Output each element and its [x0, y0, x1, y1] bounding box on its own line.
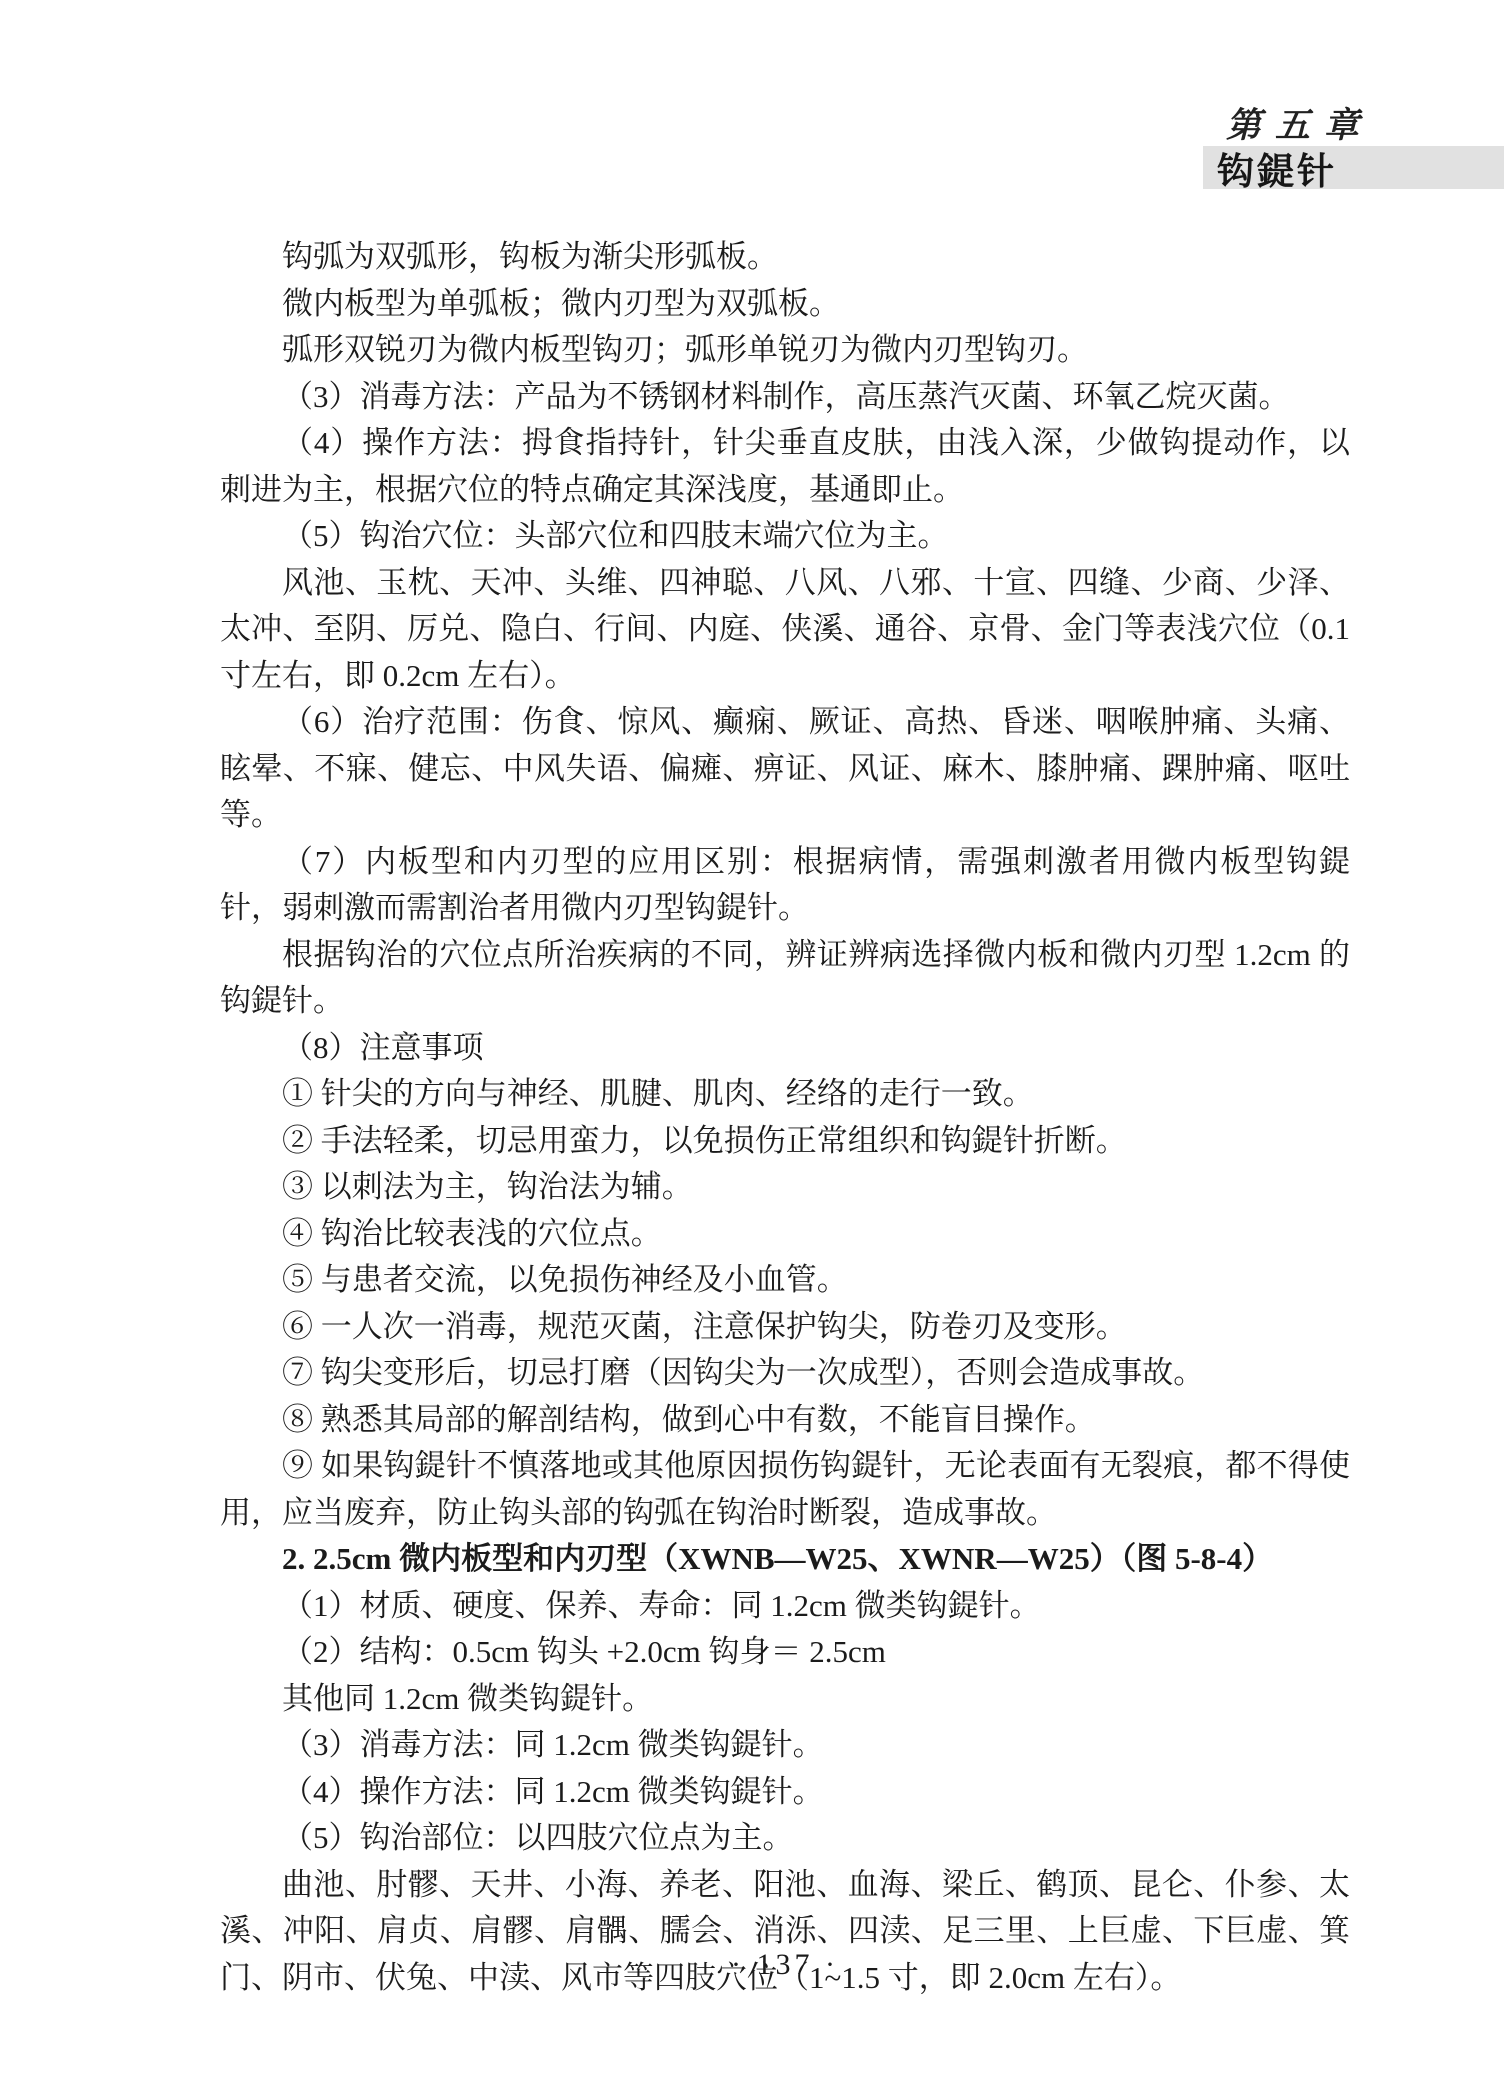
note-item: ⑤ 与患者交流，以免损伤神经及小血管。	[220, 1257, 1350, 1304]
page-body: 钩弧为双弧形，钩板为渐尖形弧板。 微内板型为单弧板；微内刃型为双弧板。 弧形双锐…	[220, 234, 1350, 2001]
paragraph: （1）材质、硬度、保养、寿命：同 1.2cm 微类钩鍉针。	[220, 1583, 1350, 1630]
paragraph: （3）消毒方法：产品为不锈钢材料制作，高压蒸汽灭菌、环氧乙烷灭菌。	[220, 374, 1350, 421]
paragraph: 钩弧为双弧形，钩板为渐尖形弧板。	[220, 234, 1350, 281]
note-item: ⑥ 一人次一消毒，规范灭菌，注意保护钩尖，防卷刃及变形。	[220, 1304, 1350, 1351]
paragraph: 其他同 1.2cm 微类钩鍉针。	[220, 1676, 1350, 1723]
paragraph: 风池、玉枕、天冲、头维、四神聪、八风、八邪、十宣、四缝、少商、少泽、太冲、至阴、…	[220, 560, 1350, 700]
book-page: 第五章 钩鍉针 钩弧为双弧形，钩板为渐尖形弧板。 微内板型为单弧板；微内刃型为双…	[0, 0, 1504, 2094]
page-number: · 137 ·	[220, 1948, 1350, 1982]
paragraph: （5）钩治穴位：头部穴位和四肢末端穴位为主。	[220, 513, 1350, 560]
paragraph: （2）结构：0.5cm 钩头 +2.0cm 钩身＝ 2.5cm	[220, 1629, 1350, 1676]
note-item: ⑨ 如果钩鍉针不慎落地或其他原因损伤钩鍉针，无论表面有无裂痕，都不得使用，应当废…	[220, 1443, 1350, 1536]
paragraph: （4）操作方法：同 1.2cm 微类钩鍉针。	[220, 1769, 1350, 1816]
paragraph: （4）操作方法：拇食指持针，针尖垂直皮肤，由浅入深，少做钩提动作，以刺进为主，根…	[220, 420, 1350, 513]
paragraph: （3）消毒方法：同 1.2cm 微类钩鍉针。	[220, 1722, 1350, 1769]
note-item: ① 针尖的方向与神经、肌腱、肌肉、经络的走行一致。	[220, 1071, 1350, 1118]
chapter-title: 钩鍉针	[1203, 141, 1337, 195]
paragraph: （8）注意事项	[220, 1025, 1350, 1072]
paragraph: （5）钩治部位：以四肢穴位点为主。	[220, 1815, 1350, 1862]
note-item: ② 手法轻柔，切忌用蛮力，以免损伤正常组织和钩鍉针折断。	[220, 1118, 1350, 1165]
paragraph: （7）内板型和内刃型的应用区别：根据病情，需强刺激者用微内板型钩鍉针，弱刺激而需…	[220, 839, 1350, 932]
note-item: ④ 钩治比较表浅的穴位点。	[220, 1211, 1350, 1258]
note-item: ⑧ 熟悉其局部的解剖结构，做到心中有数，不能盲目操作。	[220, 1397, 1350, 1444]
section-heading: 2. 2.5cm 微内板型和内刃型（XWNB—W25、XWNR—W25）（图 5…	[220, 1536, 1350, 1583]
paragraph: 弧形双锐刃为微内板型钩刃；弧形单锐刃为微内刃型钩刃。	[220, 327, 1350, 374]
note-item: ③ 以刺法为主，钩治法为辅。	[220, 1164, 1350, 1211]
note-item: ⑦ 钩尖变形后，切忌打磨（因钩尖为一次成型），否则会造成事故。	[220, 1350, 1350, 1397]
paragraph: 微内板型为单弧板；微内刃型为双弧板。	[220, 281, 1350, 328]
chapter-title-banner: 钩鍉针	[1203, 146, 1504, 189]
paragraph: （6）治疗范围：伤食、惊风、癫痫、厥证、高热、昏迷、咽喉肿痛、头痛、眩晕、不寐、…	[220, 699, 1350, 839]
paragraph: 根据钩治的穴位点所治疾病的不同，辨证辨病选择微内板和微内刃型 1.2cm 的钩鍉…	[220, 932, 1350, 1025]
